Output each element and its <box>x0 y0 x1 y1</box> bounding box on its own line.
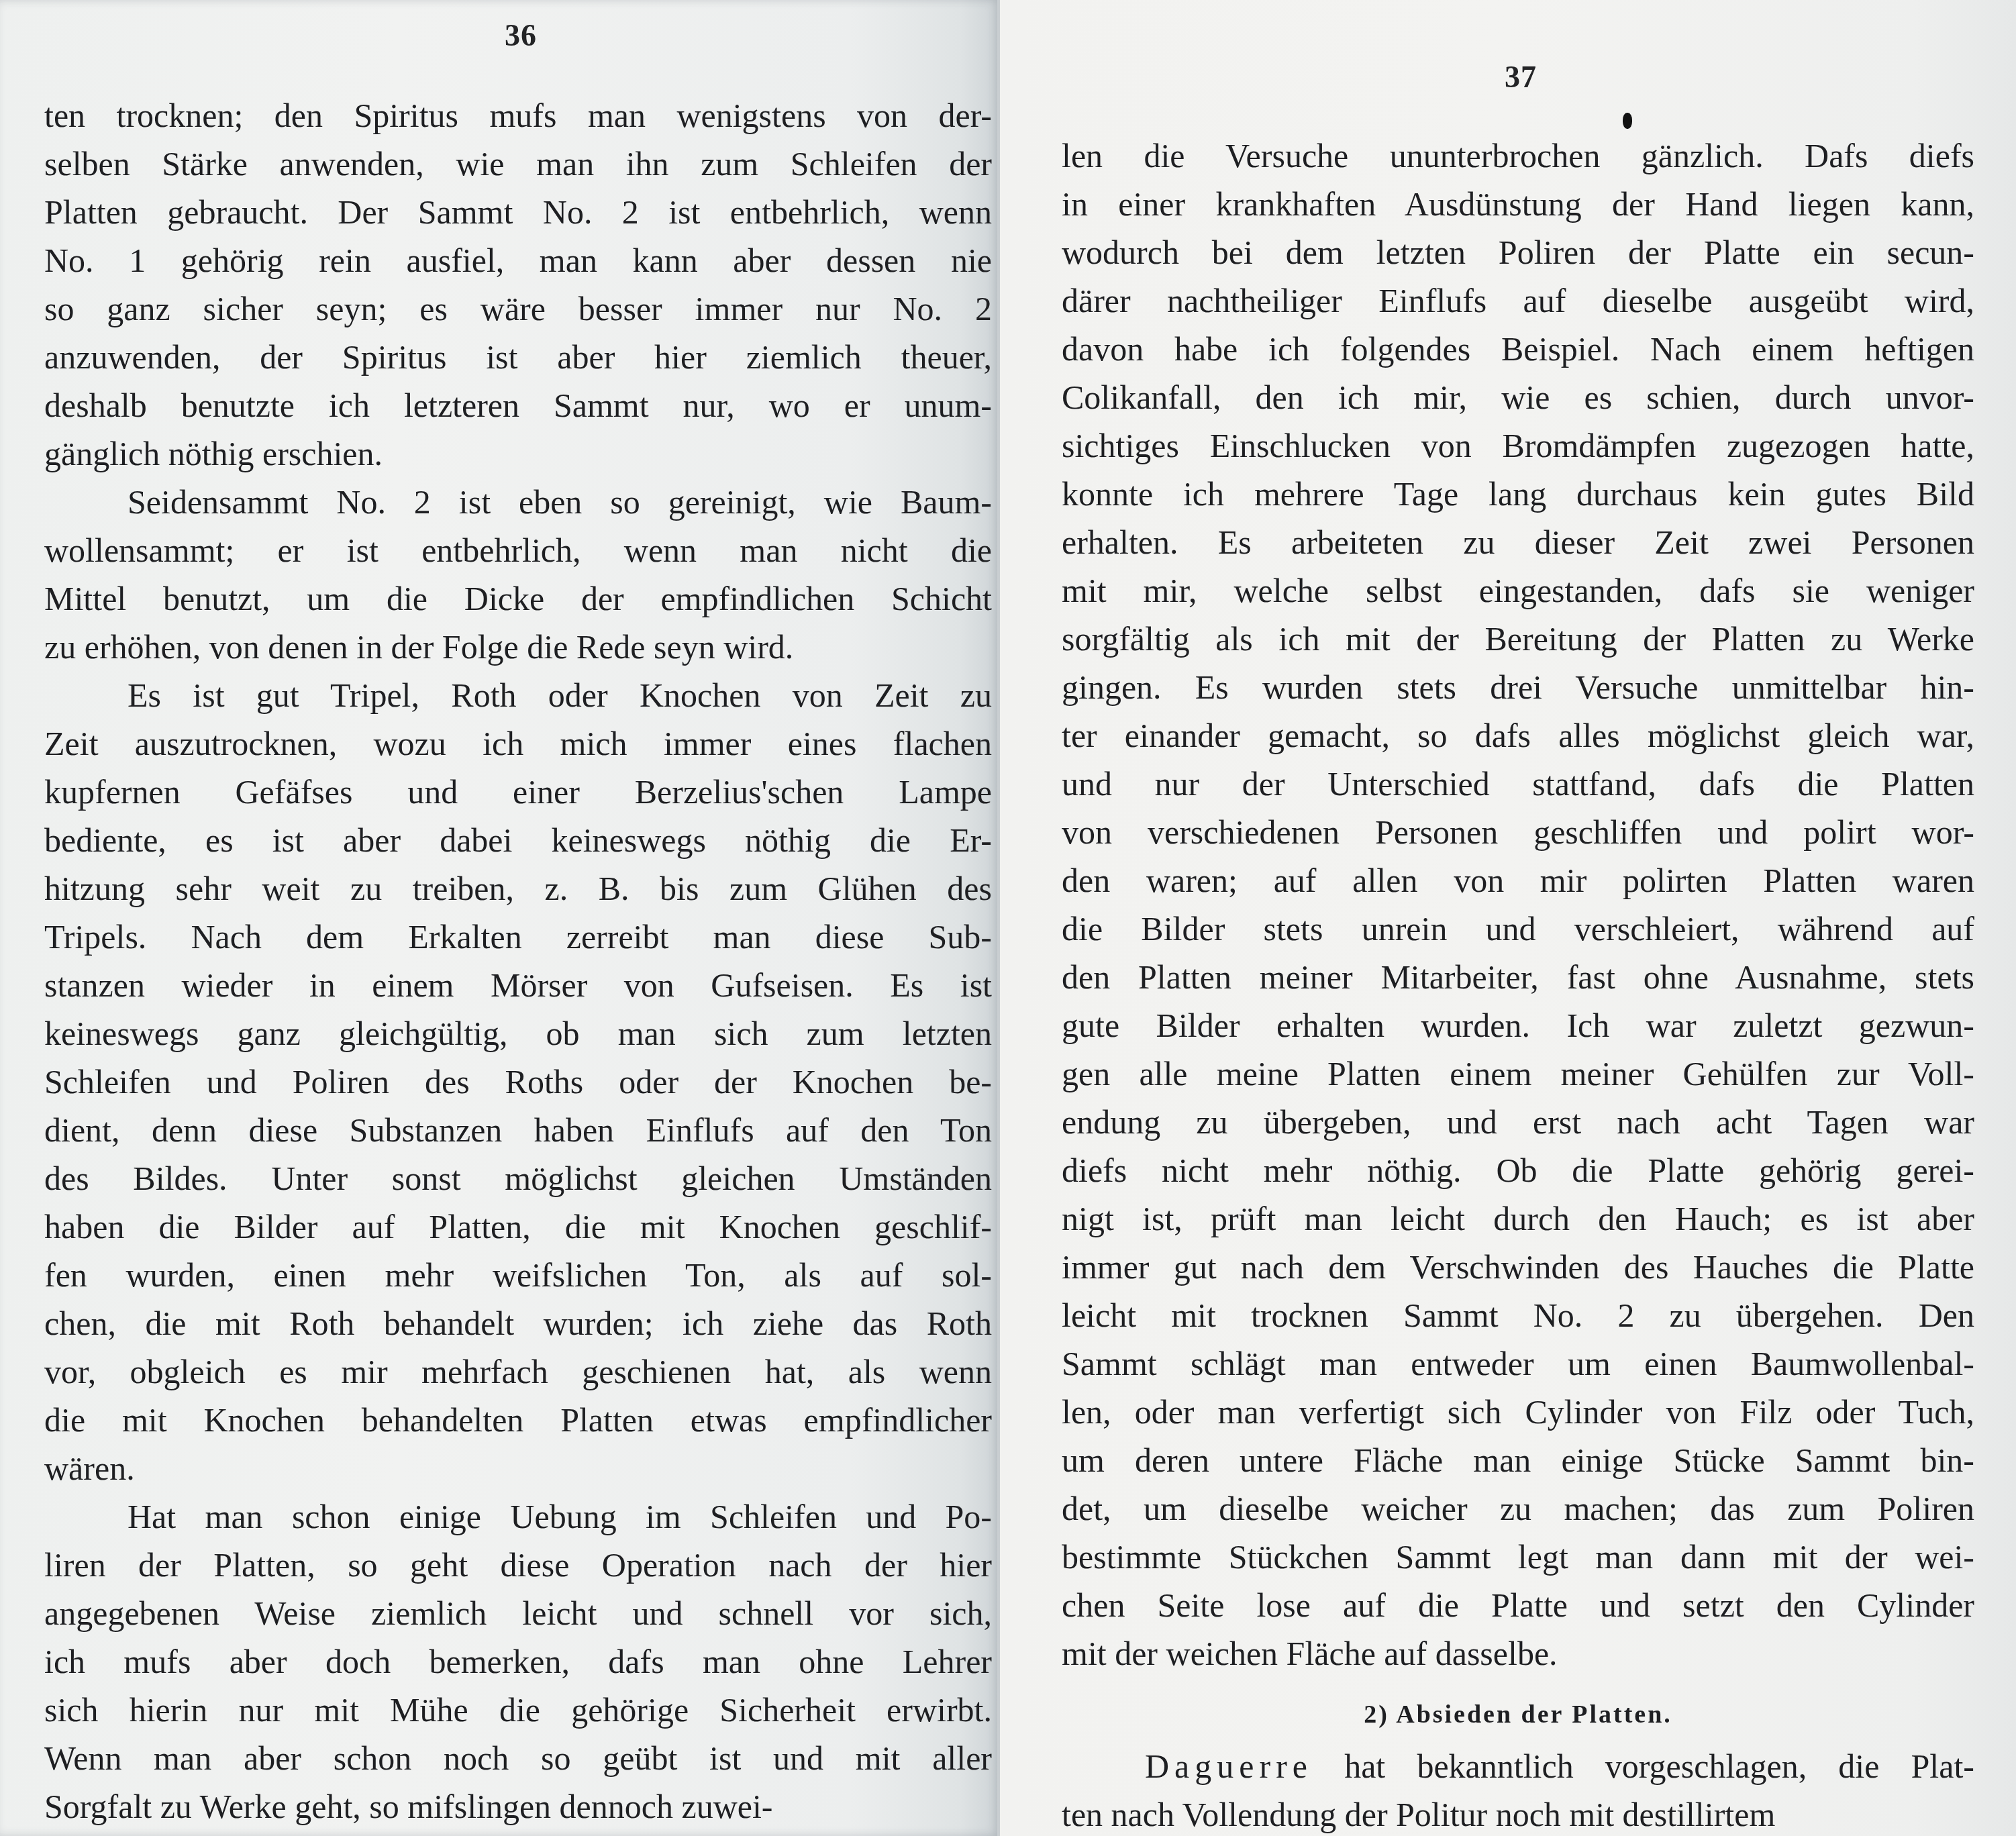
text-line: anzuwenden, der Spiritus ist aber hier z… <box>44 333 992 381</box>
text-line: von verschiedenen Personen geschliffen u… <box>1062 808 1974 856</box>
right-page-text: len die Versuche ununterbrochen gänzlich… <box>1062 132 1974 1836</box>
right-page: 37 len die Versuche ununterbrochen gänzl… <box>1000 0 2016 1836</box>
text-line: erhalten. Es arbeiteten zu dieser Zeit z… <box>1062 518 1974 566</box>
text-line: Wenn man aber schon noch so geübt ist un… <box>44 1734 992 1782</box>
text-line: selben Stärke anwenden, wie man ihn zum … <box>44 140 992 188</box>
text-line: Colikanfall, den ich mir, wie es schien,… <box>1062 373 1974 421</box>
text-line: bestimmte Stückchen Sammt legt man dann … <box>1062 1533 1974 1581</box>
text-line: zu erhöhen, von denen in der Folge die R… <box>44 623 992 671</box>
text-line: liren der Platten, so geht diese Operati… <box>44 1541 992 1589</box>
section-heading: 2) Absieden der Platten. <box>1062 1678 1974 1742</box>
text-line: det, um dieselbe weicher zu machen; das … <box>1062 1484 1974 1533</box>
text-line: Hat man schon einige Uebung im Schleifen… <box>44 1492 992 1541</box>
left-page: 36 ten trocknen; den Spiritus mufs man w… <box>0 0 1000 1836</box>
text-line: sich hierin nur mit Mühe die gehörige Si… <box>44 1686 992 1734</box>
text-line: den Platten meiner Mitarbeiter, fast ohn… <box>1062 953 1974 1001</box>
text-line: gen alle meine Platten einem meiner Gehü… <box>1062 1050 1974 1098</box>
text-line: den waren; auf allen von mir polirten Pl… <box>1062 856 1974 905</box>
text-line: des Bildes. Unter sonst möglichst gleich… <box>44 1154 992 1203</box>
text-line: Es ist gut Tripel, Roth oder Knochen von… <box>44 671 992 719</box>
text-line: mit der weichen Fläche auf dasselbe. <box>1062 1629 1974 1678</box>
text-line: in einer krankhaften Ausdünstung der Han… <box>1062 180 1974 228</box>
text-line: ich mufs aber doch bemerken, dafs man oh… <box>44 1637 992 1686</box>
text-line: so ganz sicher seyn; es wäre besser imme… <box>44 285 992 333</box>
text-line: wollensammt; er ist entbehrlich, wenn ma… <box>44 526 992 574</box>
text-line: keineswegs ganz gleichgültig, ob man sic… <box>44 1009 992 1058</box>
left-page-text: ten trocknen; den Spiritus mufs man weni… <box>44 91 992 1831</box>
text-line: die Bilder stets unrein und verschleiert… <box>1062 905 1974 953</box>
text-line: Sammt schlägt man entweder um einen Baum… <box>1062 1339 1974 1388</box>
text-line: Tripels. Nach dem Erkalten zerreibt man … <box>44 913 992 961</box>
text-line: ten nach Vollendung der Politur noch mit… <box>1062 1790 1974 1836</box>
text-line: No. 1 gehörig rein ausfiel, man kann abe… <box>44 236 992 285</box>
text-line: gänglich nöthig erschien. <box>44 429 992 478</box>
text-line: stanzen wieder in einem Mörser von Gufse… <box>44 961 992 1009</box>
text-line: sichtiges Einschlucken von Bromdämpfen z… <box>1062 421 1974 470</box>
text-line: wodurch bei dem letzten Poliren der Plat… <box>1062 228 1974 276</box>
text-line: um deren untere Fläche man einige Stücke… <box>1062 1436 1974 1484</box>
text-line: vor, obgleich es mir mehrfach geschienen… <box>44 1347 992 1396</box>
text-line: len, oder man verfertigt sich Cylinder v… <box>1062 1388 1974 1436</box>
section-paragraph-first-line: Daguerre hat bekanntlich vorgeschlagen, … <box>1062 1742 1974 1790</box>
text-line: davon habe ich folgendes Beispiel. Nach … <box>1062 325 1974 373</box>
text-line: und nur der Unterschied stattfand, dafs … <box>1062 760 1974 808</box>
text-line: hitzung sehr weit zu treiben, z. B. bis … <box>44 864 992 913</box>
text-line: endung zu übergeben, und erst nach acht … <box>1062 1098 1974 1146</box>
ink-blot <box>1623 113 1632 129</box>
text-line: konnte ich mehrere Tage lang durchaus ke… <box>1062 470 1974 518</box>
text-line: sorgfältig als ich mit der Bereitung der… <box>1062 615 1974 663</box>
text-line: Sorgfalt zu Werke geht, so mifslingen de… <box>44 1782 992 1831</box>
text-line: angegebenen Weise ziemlich leicht und sc… <box>44 1589 992 1637</box>
text-line: Mittel benutzt, um die Dicke der empfind… <box>44 574 992 623</box>
text-line: len die Versuche ununterbrochen gänzlich… <box>1062 132 1974 180</box>
text-line: ter einander gemacht, so dafs alles mögl… <box>1062 711 1974 760</box>
text-line: die mit Knochen behandelten Platten etwa… <box>44 1396 992 1444</box>
text-line: leicht mit trocknen Sammt No. 2 zu überg… <box>1062 1291 1974 1339</box>
page-number-right: 37 <box>1505 59 1537 95</box>
page-number-left: 36 <box>505 17 537 53</box>
first-line-rest: hat bekanntlich vorgeschlagen, die Plat- <box>1313 1747 1974 1785</box>
text-line: därer nachtheiliger Einflufs auf dieselb… <box>1062 276 1974 325</box>
text-line: Platten gebraucht. Der Sammt No. 2 ist e… <box>44 188 992 236</box>
text-line: Schleifen und Poliren des Roths oder der… <box>44 1058 992 1106</box>
text-line: deshalb benutzte ich letzteren Sammt nur… <box>44 381 992 429</box>
text-line: chen Seite lose auf die Platte und setzt… <box>1062 1581 1974 1629</box>
text-line: ten trocknen; den Spiritus mufs man weni… <box>44 91 992 140</box>
text-line: immer gut nach dem Verschwinden des Hauc… <box>1062 1243 1974 1291</box>
text-line: fen wurden, einen mehr weifslichen Ton, … <box>44 1251 992 1299</box>
book-spine <box>997 0 1000 1836</box>
section-paragraph-lines: ten nach Vollendung der Politur noch mit… <box>1062 1790 1974 1836</box>
book-spread: 36 ten trocknen; den Spiritus mufs man w… <box>0 0 2016 1836</box>
text-line: kupfernen Gefäfses und einer Berzelius's… <box>44 768 992 816</box>
text-line: Zeit auszutrocknen, wozu ich mich immer … <box>44 719 992 768</box>
text-line: mit mir, welche selbst eingestanden, daf… <box>1062 566 1974 615</box>
text-line: haben die Bilder auf Platten, die mit Kn… <box>44 1203 992 1251</box>
text-line: dient, denn diese Substanzen haben Einfl… <box>44 1106 992 1154</box>
right-page-body: len die Versuche ununterbrochen gänzlich… <box>1062 132 1974 1678</box>
text-line: chen, die mit Roth behandelt wurden; ich… <box>44 1299 992 1347</box>
text-line: diefs nicht mehr nöthig. Ob die Platte g… <box>1062 1146 1974 1194</box>
text-line: gingen. Es wurden stets drei Versuche un… <box>1062 663 1974 711</box>
text-line: nigt ist, prüft man leicht durch den Hau… <box>1062 1194 1974 1243</box>
text-line: bediente, es ist aber dabei keineswegs n… <box>44 816 992 864</box>
author-name-daguerre: Daguerre <box>1145 1747 1313 1785</box>
text-line: gute Bilder erhalten wurden. Ich war zul… <box>1062 1001 1974 1050</box>
text-line: wären. <box>44 1444 992 1492</box>
text-line: Seidensammt No. 2 ist eben so gereinigt,… <box>44 478 992 526</box>
